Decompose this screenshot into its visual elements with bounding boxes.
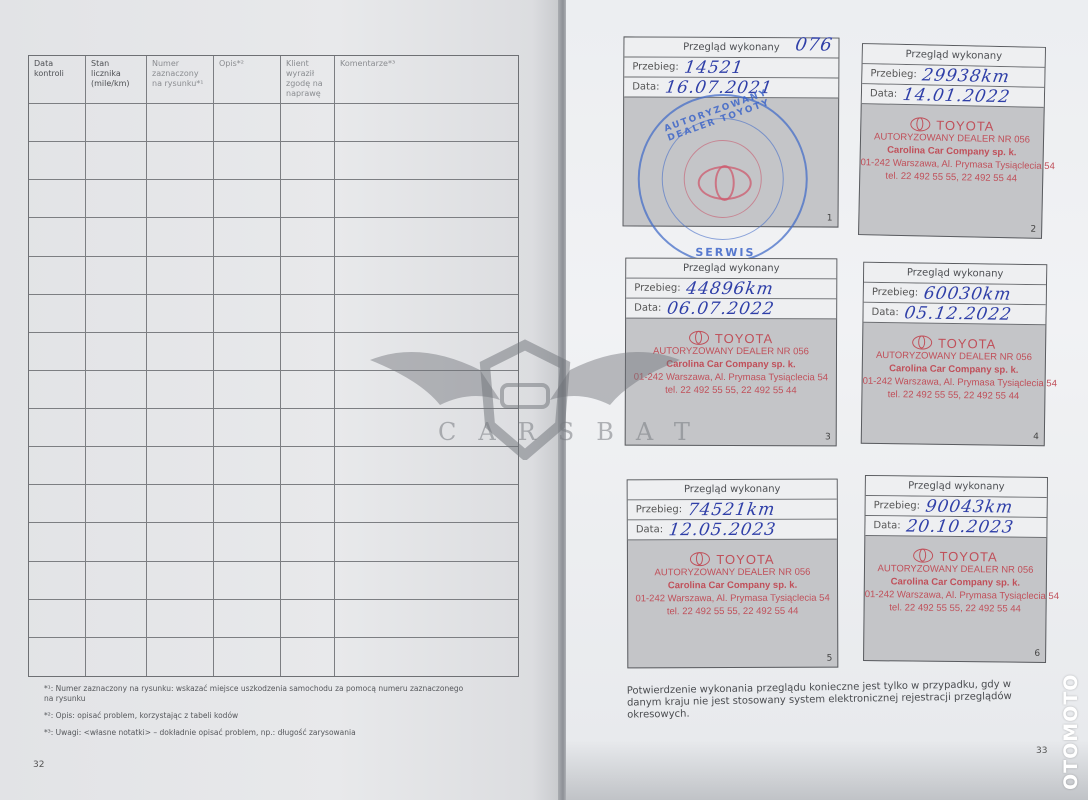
table-cell[interactable] xyxy=(147,523,214,561)
toyota-logo-icon xyxy=(913,549,933,563)
table-cell[interactable] xyxy=(335,104,518,142)
table-cell[interactable] xyxy=(29,523,86,561)
table-cell[interactable] xyxy=(147,142,214,180)
table-cell[interactable] xyxy=(214,447,281,485)
date-value: 20.10.2023 xyxy=(905,516,1015,537)
table-cell[interactable] xyxy=(335,523,518,561)
table-cell[interactable] xyxy=(86,257,147,295)
card-title-text: Przegląd wykonany xyxy=(905,49,1002,62)
stamp-line: tel. 22 492 55 55, 22 492 55 44 xyxy=(865,601,1046,616)
dealer-stamp: TOYOTAAUTORYZOWANY DEALER NR 056Carolina… xyxy=(865,548,1047,616)
mileage-value: 60030km xyxy=(923,283,1014,304)
table-cell[interactable] xyxy=(214,295,281,333)
table-cell[interactable] xyxy=(86,523,147,561)
table-cell[interactable] xyxy=(86,600,147,638)
mileage-value: 90043km xyxy=(925,496,1016,517)
table-cell[interactable] xyxy=(147,104,214,142)
mileage-label: Przebieg: xyxy=(634,283,680,294)
stamp-line: tel. 22 492 55 55, 22 492 55 44 xyxy=(626,384,836,398)
table-cell[interactable] xyxy=(147,295,214,333)
table-cell[interactable] xyxy=(86,447,147,485)
date-label: Data: xyxy=(871,307,898,318)
table-cell[interactable] xyxy=(281,523,335,561)
table-cell[interactable] xyxy=(29,180,86,218)
page-number-right: 33 xyxy=(1036,746,1047,756)
card-title-text: Przegląd wykonany xyxy=(907,267,1004,279)
table-cell[interactable] xyxy=(281,485,335,523)
table-cell[interactable] xyxy=(335,295,518,333)
table-cell[interactable] xyxy=(214,562,281,600)
column-header: Klient wyraził zgodę na naprawę xyxy=(281,56,335,104)
toyota-logo-icon xyxy=(698,166,752,200)
confirmation-note: Potwierdzenie wykonania przeglądu koniec… xyxy=(627,678,1048,721)
table-cell[interactable] xyxy=(29,371,86,409)
table-cell[interactable] xyxy=(281,600,335,638)
service-card: Przegląd wykonanyPrzebieg:44896kmData:06… xyxy=(625,258,838,447)
card-title-text: Przegląd wykonany xyxy=(684,484,781,495)
stamp-line: AUTORYZOWANY DEALER NR 056 xyxy=(628,566,837,580)
table-cell[interactable] xyxy=(335,371,518,409)
toyota-logo-icon xyxy=(689,331,709,345)
table-cell[interactable] xyxy=(29,562,86,600)
card-title: Przegląd wykonany xyxy=(628,480,837,501)
card-title: Przegląd wykonany xyxy=(866,476,1047,498)
handwritten-note: 076 xyxy=(794,34,834,55)
table-cell[interactable] xyxy=(281,180,335,218)
table-cell[interactable] xyxy=(86,485,147,523)
table-cell[interactable] xyxy=(335,257,518,295)
table-cell[interactable] xyxy=(86,142,147,180)
table-cell[interactable] xyxy=(29,600,86,638)
card-title-text: Przegląd wykonany xyxy=(908,480,1005,492)
toyota-logo-icon xyxy=(910,117,930,131)
mileage-value: 29938km xyxy=(921,65,1012,87)
table-cell[interactable] xyxy=(281,218,335,256)
inspection-log-table: Data kontroliStan licznika (mile/km)Nume… xyxy=(28,55,519,677)
date-label: Data: xyxy=(632,81,659,92)
date-row: Data:20.10.2023 xyxy=(865,516,1046,538)
page-number-left: 32 xyxy=(33,760,44,770)
mileage-label: Przebieg: xyxy=(636,504,682,515)
date-row: Data:06.07.2022 xyxy=(626,299,836,320)
table-cell[interactable] xyxy=(29,409,86,447)
dealer-stamp: TOYOTAAUTORYZOWANY DEALER NR 056Carolina… xyxy=(628,552,837,619)
date-label: Data: xyxy=(636,524,663,535)
stamp-line: AUTORYZOWANY DEALER NR 056 xyxy=(626,345,836,359)
date-value: 14.01.2022 xyxy=(902,84,1013,106)
table-cell[interactable] xyxy=(281,333,335,371)
table-cell[interactable] xyxy=(281,562,335,600)
table-cell[interactable] xyxy=(147,485,214,523)
footnotes: *¹: Numer zaznaczony na rysunku: wskazać… xyxy=(44,684,464,745)
stamp-brand: TOYOTA xyxy=(938,336,996,350)
table-cell[interactable] xyxy=(147,562,214,600)
table-cell[interactable] xyxy=(281,447,335,485)
stamp-brand: TOYOTA xyxy=(939,549,997,563)
table-cell[interactable] xyxy=(214,180,281,218)
card-number: 4 xyxy=(1033,432,1039,442)
dealer-stamp: TOYOTAAUTORYZOWANY DEALER NR 056Carolina… xyxy=(862,335,1045,404)
mileage-value: 14521 xyxy=(683,57,745,77)
table-cell[interactable] xyxy=(147,409,214,447)
mileage-label: Przebieg: xyxy=(870,68,917,80)
service-card: Przegląd wykonanyPrzebieg:90043kmData:20… xyxy=(863,475,1048,663)
table-cell[interactable] xyxy=(29,218,86,256)
table-cell[interactable] xyxy=(281,409,335,447)
table-cell[interactable] xyxy=(335,218,518,256)
stamp-brand: TOYOTA xyxy=(716,552,774,565)
table-cell[interactable] xyxy=(29,104,86,142)
table-cell[interactable] xyxy=(335,600,518,638)
service-card: Przegląd wykonanyPrzebieg:60030kmData:05… xyxy=(861,262,1048,447)
table-cell[interactable] xyxy=(214,104,281,142)
card-title: Przegląd wykonany xyxy=(626,259,836,280)
footnote-1: *¹: Numer zaznaczony na rysunku: wskazać… xyxy=(44,684,464,704)
table-cell[interactable] xyxy=(214,218,281,256)
column-header: Numer zaznaczony na rysunku*¹ xyxy=(147,56,214,104)
table-cell[interactable] xyxy=(29,142,86,180)
table-cell[interactable] xyxy=(214,142,281,180)
stamp-line: Carolina Car Company sp. k. xyxy=(626,358,836,372)
date-value: 06.07.2022 xyxy=(666,298,776,318)
table-cell[interactable] xyxy=(147,218,214,256)
table-cell[interactable] xyxy=(29,638,86,676)
table-cell[interactable] xyxy=(335,638,518,676)
stamp-brand: TOYOTA xyxy=(936,118,995,132)
date-value: 05.12.2022 xyxy=(903,303,1013,324)
mileage-row: Przebieg:14521 xyxy=(624,57,838,78)
table-cell[interactable] xyxy=(29,333,86,371)
mileage-row: Przebieg:60030km xyxy=(864,283,1046,306)
footnote-3: *³: Uwagi: <własne notatki> – dokładnie … xyxy=(44,728,464,738)
service-card: Przegląd wykonanyPrzebieg:74521kmData:12… xyxy=(627,479,839,669)
card-title: Przegląd wykonany xyxy=(864,263,1046,286)
table-cell[interactable] xyxy=(147,600,214,638)
table-cell[interactable] xyxy=(335,447,518,485)
card-title: Przegląd wykonany076 xyxy=(624,37,838,58)
table-cell[interactable] xyxy=(214,371,281,409)
stamp-line: 01-242 Warszawa, Al. Prymasa Tysiąclecia… xyxy=(628,592,837,606)
table-cell[interactable] xyxy=(335,333,518,371)
service-card: Przegląd wykonany076Przebieg:14521Data:1… xyxy=(623,36,840,227)
column-header: Data kontroli xyxy=(29,56,86,104)
table-cell[interactable] xyxy=(335,409,518,447)
table-cell[interactable] xyxy=(86,638,147,676)
table-cell[interactable] xyxy=(86,104,147,142)
table-cell[interactable] xyxy=(147,447,214,485)
table-cell[interactable] xyxy=(147,371,214,409)
table-cell[interactable] xyxy=(281,371,335,409)
date-row: Data:05.12.2022 xyxy=(863,303,1045,326)
round-service-stamp: AUTORYZOWANY DEALER TOYOTYSERWIS xyxy=(637,94,808,265)
column-header: Komentarze*³ xyxy=(335,56,518,104)
card-title-text: Przegląd wykonany xyxy=(683,263,780,274)
card-title-text: Przegląd wykonany xyxy=(683,42,780,54)
table-cell[interactable] xyxy=(335,485,518,523)
dealer-stamp: TOYOTAAUTORYZOWANY DEALER NR 056Carolina… xyxy=(626,331,836,398)
table-cell[interactable] xyxy=(214,523,281,561)
table-cell[interactable] xyxy=(29,447,86,485)
service-card: Przegląd wykonanyPrzebieg:29938kmData:14… xyxy=(858,43,1046,239)
mileage-label: Przebieg: xyxy=(872,287,919,299)
stamp-line: Carolina Car Company sp. k. xyxy=(628,579,837,593)
mileage-row: Przebieg:74521km xyxy=(628,500,837,521)
toyota-logo-icon xyxy=(690,552,710,566)
table-cell[interactable] xyxy=(281,142,335,180)
table-cell[interactable] xyxy=(335,142,518,180)
table-cell[interactable] xyxy=(214,600,281,638)
table-cell[interactable] xyxy=(86,562,147,600)
table-cell[interactable] xyxy=(29,485,86,523)
table-cell[interactable] xyxy=(335,180,518,218)
mileage-label: Przebieg: xyxy=(874,500,920,511)
table-cell[interactable] xyxy=(147,638,214,676)
table-cell[interactable] xyxy=(281,257,335,295)
table-cell[interactable] xyxy=(86,371,147,409)
stamp-line: tel. 22 492 55 55, 22 492 55 44 xyxy=(862,388,1044,404)
card-number: 6 xyxy=(1034,649,1040,659)
stamp-line: tel. 22 492 55 55, 22 492 55 44 xyxy=(860,169,1042,186)
table-cell[interactable] xyxy=(281,104,335,142)
table-cell[interactable] xyxy=(335,562,518,600)
mileage-row: Przebieg:44896km xyxy=(626,279,836,300)
card-number: 3 xyxy=(825,432,831,442)
date-row: Data:14.01.2022 xyxy=(862,84,1044,108)
date-row: Data:12.05.2023 xyxy=(628,520,837,541)
table-cell[interactable] xyxy=(147,257,214,295)
mileage-value: 44896km xyxy=(685,278,775,298)
otomoto-watermark: OTOMOTO xyxy=(1060,674,1082,790)
table-cell[interactable] xyxy=(214,485,281,523)
table-cell[interactable] xyxy=(86,295,147,333)
table-cell[interactable] xyxy=(29,295,86,333)
table-cell[interactable] xyxy=(281,295,335,333)
column-header: Opis*² xyxy=(214,56,281,104)
footnote-2: *²: Opis: opisać problem, korzystając z … xyxy=(44,711,464,721)
card-number: 2 xyxy=(1030,225,1036,235)
toyota-logo-icon xyxy=(912,335,932,349)
mileage-label: Przebieg: xyxy=(632,61,678,72)
column-header: Stan licznika (mile/km) xyxy=(86,56,147,104)
table-cell[interactable] xyxy=(86,409,147,447)
table-cell[interactable] xyxy=(214,333,281,371)
date-label: Data: xyxy=(634,303,661,314)
date-label: Data: xyxy=(870,88,897,100)
mileage-row: Przebieg:90043km xyxy=(866,496,1047,518)
table-cell[interactable] xyxy=(214,638,281,676)
table-cell[interactable] xyxy=(86,180,147,218)
table-cell[interactable] xyxy=(147,180,214,218)
card-number: 1 xyxy=(827,214,833,224)
date-value: 12.05.2023 xyxy=(668,519,778,539)
table-cell[interactable] xyxy=(214,409,281,447)
stamp-line: 01-242 Warszawa, Al. Prymasa Tysiąclecia… xyxy=(626,371,836,385)
stamp-brand: TOYOTA xyxy=(715,331,773,344)
stamp-line: tel. 22 492 55 55, 22 492 55 44 xyxy=(628,605,837,619)
mileage-value: 74521km xyxy=(687,499,777,519)
date-label: Data: xyxy=(873,520,900,531)
card-number: 5 xyxy=(827,654,833,664)
table-cell[interactable] xyxy=(86,218,147,256)
table-cell[interactable] xyxy=(214,257,281,295)
table-cell[interactable] xyxy=(147,333,214,371)
table-cell[interactable] xyxy=(29,257,86,295)
dealer-stamp: TOYOTAAUTORYZOWANY DEALER NR 056Carolina… xyxy=(860,116,1043,186)
table-cell[interactable] xyxy=(86,333,147,371)
left-page: Data kontroliStan licznika (mile/km)Nume… xyxy=(0,0,560,800)
table-cell[interactable] xyxy=(281,638,335,676)
